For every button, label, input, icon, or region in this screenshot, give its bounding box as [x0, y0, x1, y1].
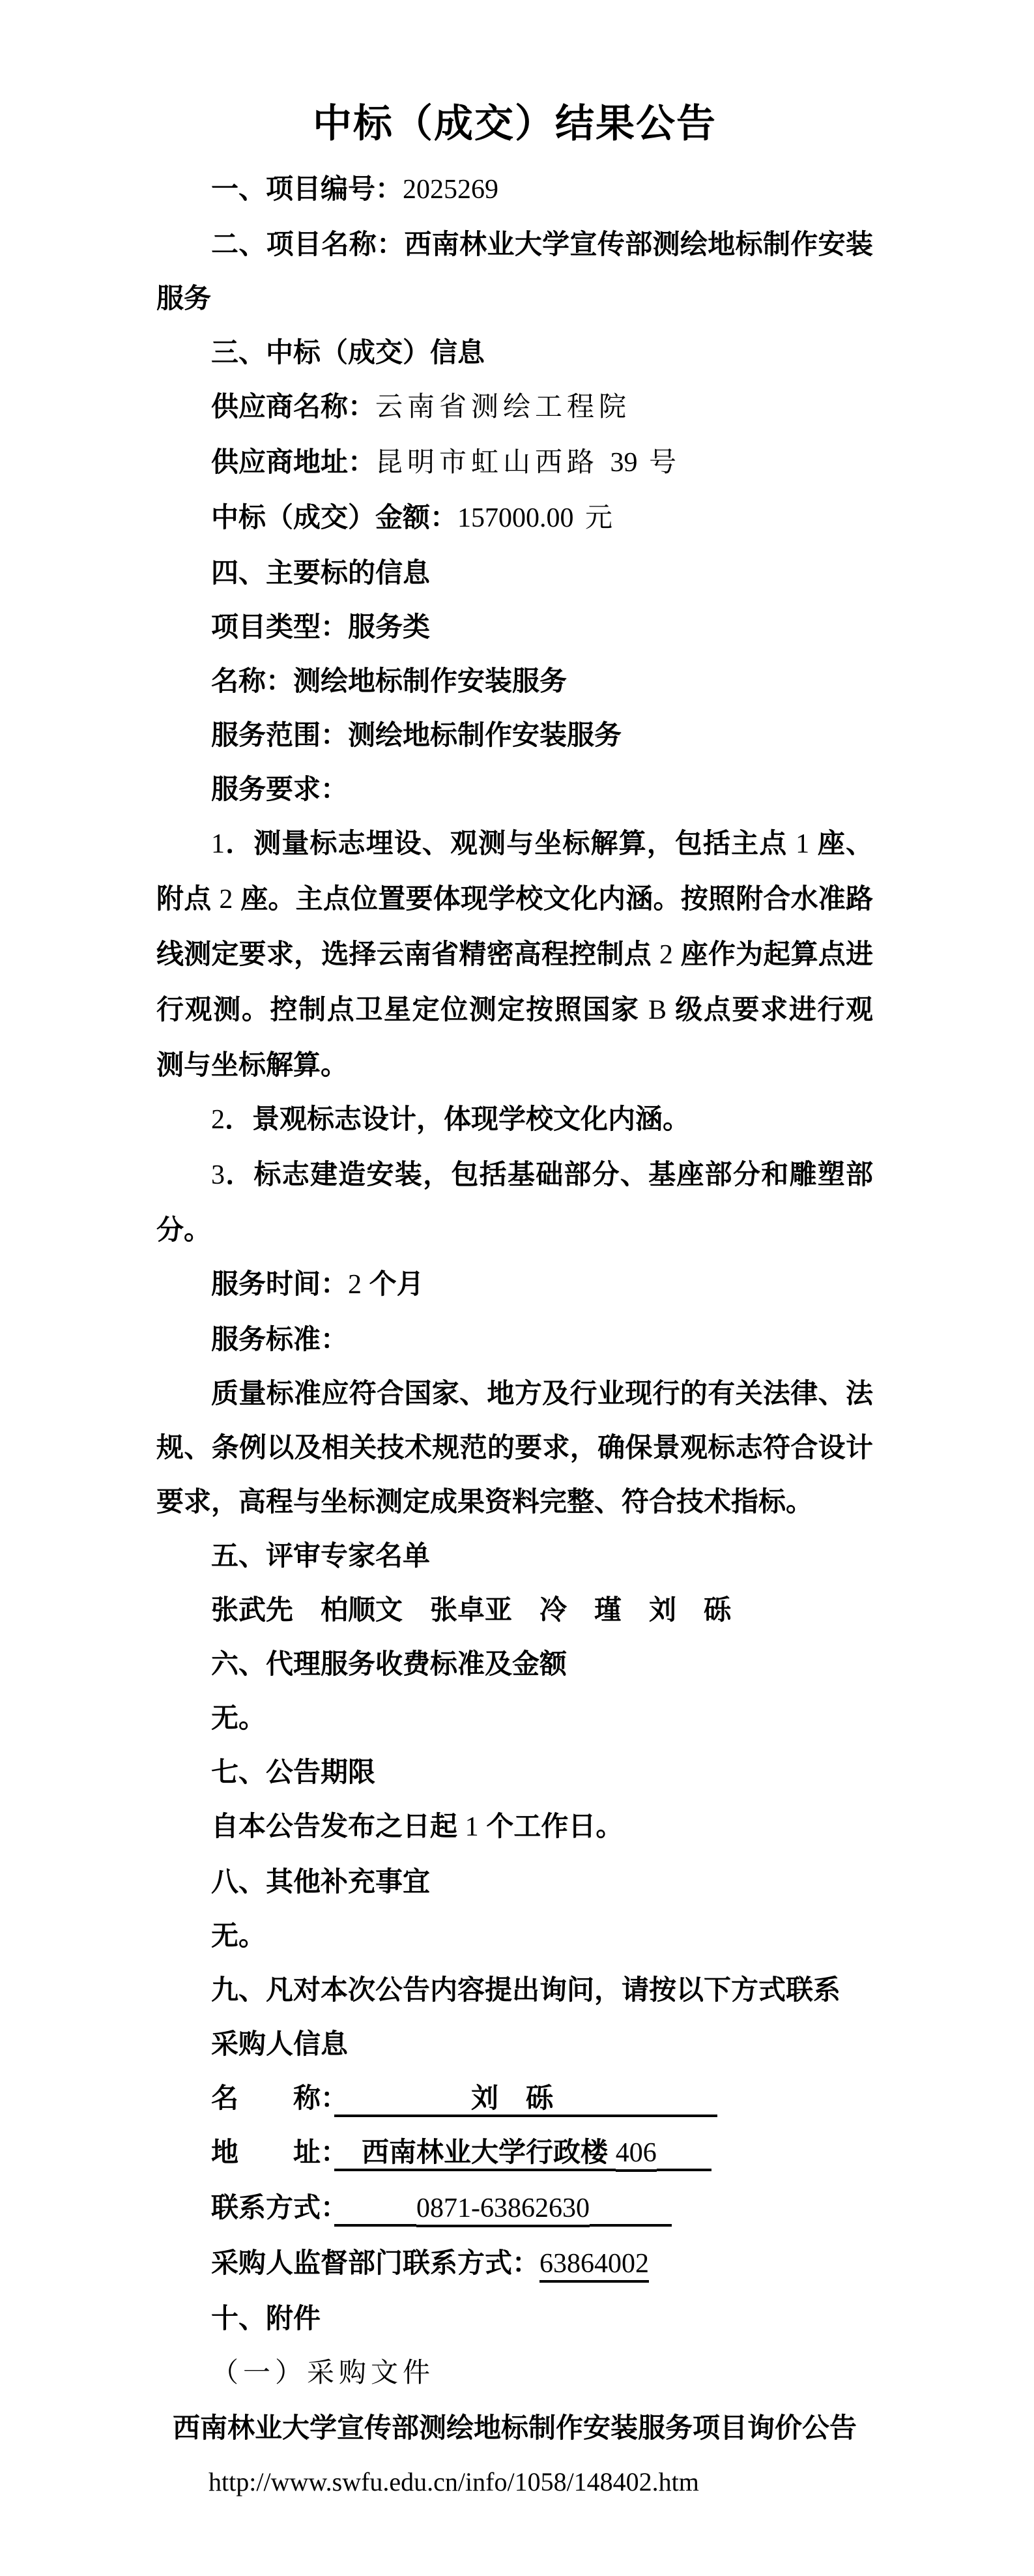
text-segment: 157000.00	[457, 503, 574, 533]
text-segment: 号	[638, 448, 682, 478]
service-scope-line: 服务范围：测绘地标制作安装服务	[156, 708, 873, 762]
service-standard-label: 服务标准：	[156, 1312, 873, 1366]
section-award-info: 三、中标（成交）信息	[156, 325, 873, 379]
text-segment: 2	[348, 1270, 362, 1300]
experts-list-line: 张武先 柏顺文 张卓亚 冷 瑾 刘 砾	[156, 1583, 873, 1637]
requirement-item-1: 1．测量标志埋设、观测与坐标解算，包括主点 1 座、附点 2 座。主点位置要体现…	[156, 816, 873, 1092]
text-segment: 1	[465, 1812, 479, 1842]
text-segment: 无。	[211, 1920, 266, 1951]
section-subject-info: 四、主要标的信息	[156, 546, 873, 600]
text-segment: 供应商名称：	[211, 391, 375, 422]
text-segment	[657, 2137, 711, 2171]
text-segment: 刘 砾	[334, 2083, 717, 2117]
text-segment: 四、主要标的信息	[211, 557, 430, 588]
supervision-phone-field: 采购人监督部门联系方式：63864002	[156, 2236, 873, 2291]
text-segment: 406	[616, 2138, 657, 2172]
text-segment: 六、代理服务收费标准及金额	[211, 1648, 567, 1679]
text-segment: 名 称：	[211, 2083, 334, 2113]
text-segment: 3	[211, 1160, 225, 1190]
text-segment: 质量标准应符合国家、地方及行业现行的有关法律、法规、条例以及相关技术规范的要求，…	[156, 1378, 873, 1517]
page-title: 中标（成交）结果公告	[156, 101, 873, 147]
text-segment: 2025269	[403, 175, 498, 205]
text-segment: 1	[211, 829, 225, 859]
buyer-name-field: 名 称： 刘 砾	[156, 2071, 873, 2125]
text-segment: 采购人监督部门联系方式：	[211, 2247, 539, 2278]
section-notice-period: 七、公告期限	[156, 1745, 873, 1799]
text-segment: B	[648, 995, 667, 1025]
project-type-line: 项目类型：服务类	[156, 600, 873, 654]
text-segment	[334, 2192, 416, 2227]
text-segment: 1	[796, 829, 809, 859]
project-name-line: 二、项目名称：西南林业大学宣传部测绘地标制作安装服务	[156, 217, 873, 325]
project-number-line: 一、项目编号：2025269	[156, 162, 873, 217]
text-segment: ．测量标志埋设、观测与坐标解算，包括主点	[225, 828, 796, 858]
text-segment: 中标（成交）金额：	[211, 502, 457, 533]
text-segment: 采购人信息	[211, 2028, 348, 2059]
other-matters-none: 无。	[156, 1909, 873, 1963]
text-segment: 无。	[211, 1703, 266, 1733]
supplier-name-line: 供应商名称：云南省测绘工程院	[156, 379, 873, 435]
supplier-address-line: 供应商地址：昆明市虹山西路 39 号	[156, 435, 873, 490]
requirement-item-3: 3．标志建造安装，包括基础部分、基座部分和雕塑部分。	[156, 1147, 873, 1257]
text-segment: ．标志建造安装，包括基础部分、基座部分和雕塑部分。	[156, 1159, 873, 1245]
text-segment: 张武先 柏顺文 张卓亚 冷 瑾 刘 砾	[211, 1594, 731, 1625]
text-segment: 西南林业大学行政楼	[334, 2137, 616, 2171]
service-time-line: 服务时间：2 个月	[156, 1257, 873, 1312]
buyer-phone-field: 联系方式： 0871-63862630	[156, 2180, 873, 2236]
text-segment: 服务时间：	[211, 1268, 348, 1299]
text-segment: 二、项目名称：西南林业大学宣传部测绘地标制作安装服务	[156, 229, 873, 314]
text-segment: ．景观标志设计，体现学校文化内涵。	[225, 1104, 690, 1134]
text-segment: 一、项目编号：	[211, 173, 403, 204]
section-other-matters: 八、其他补充事宜	[156, 1854, 873, 1909]
text-segment: 七、公告期限	[211, 1757, 375, 1787]
notice-period-text: 自本公告发布之日起 1 个工作日。	[156, 1799, 873, 1854]
announcement-page: 中标（成交）结果公告 一、项目编号：2025269二、项目名称：西南林业大学宣传…	[0, 0, 1034, 2576]
agency-fee-none: 无。	[156, 1691, 873, 1745]
text-segment: 2	[659, 940, 673, 970]
text-segment: 十、附件	[211, 2303, 321, 2334]
text-segment: 2	[211, 1105, 225, 1135]
text-segment: 三、中标（成交）信息	[211, 337, 485, 368]
text-segment: 供应商地址：	[211, 446, 375, 477]
service-standard-text: 质量标准应符合国家、地方及行业现行的有关法律、法规、条例以及相关技术规范的要求，…	[156, 1366, 873, 1529]
text-segment: 五、评审专家名单	[211, 1540, 430, 1571]
section-inquiry-contact: 九、凡对本次公告内容提出询问，请按以下方式联系	[156, 1963, 873, 2017]
text-segment: 2	[219, 885, 233, 915]
text-segment: 联系方式：	[211, 2192, 334, 2223]
text-segment: 九、凡对本次公告内容提出询问，请按以下方式联系	[211, 1974, 840, 2005]
text-segment: 名称：测绘地标制作安装服务	[211, 666, 567, 696]
text-segment: 服务要求：	[211, 774, 348, 804]
text-segment: 个月	[362, 1268, 424, 1299]
text-segment: 昆明市虹山西路	[375, 448, 610, 478]
document-body: 一、项目编号：2025269二、项目名称：西南林业大学宣传部测绘地标制作安装服务…	[156, 162, 873, 2509]
service-name-line: 名称：测绘地标制作安装服务	[156, 654, 873, 708]
text-segment: 西南林业大学宣传部测绘地标制作安装服务项目询价公告	[173, 2412, 857, 2443]
text-segment	[590, 2192, 672, 2227]
text-segment: 元	[574, 503, 618, 533]
text-segment: 服务标准：	[211, 1324, 348, 1354]
text-segment: 个工作日。	[479, 1811, 624, 1841]
text-segment: 云南省测绘工程院	[375, 392, 631, 422]
section-agency-fee: 六、代理服务收费标准及金额	[156, 1637, 873, 1691]
service-requirements-label: 服务要求：	[156, 762, 873, 816]
requirement-item-2: 2．景观标志设计，体现学校文化内涵。	[156, 1092, 873, 1147]
text-segment: 0871-63862630	[416, 2193, 590, 2227]
section-attachments: 十、附件	[156, 2291, 873, 2345]
text-segment: http://www.swfu.edu.cn/info/1058/148402.…	[208, 2467, 699, 2496]
text-segment: 自本公告发布之日起	[211, 1811, 465, 1841]
text-segment: 八、其他补充事宜	[211, 1866, 430, 1897]
award-amount-line: 中标（成交）金额：157000.00 元	[156, 490, 873, 546]
text-segment: 63864002	[539, 2249, 649, 2283]
text-segment: 地 址：	[211, 2137, 334, 2167]
section-experts: 五、评审专家名单	[156, 1529, 873, 1583]
text-segment: （一）采购文件	[211, 2358, 435, 2388]
attachment-url[interactable]: http://www.swfu.edu.cn/info/1058/148402.…	[156, 2455, 873, 2509]
buyer-info-label: 采购人信息	[156, 2017, 873, 2071]
buyer-address-field: 地 址： 西南林业大学行政楼 406	[156, 2125, 873, 2180]
text-segment: 39	[610, 448, 638, 478]
attachment-item-label: （一）采购文件	[156, 2345, 873, 2401]
attachment-link[interactable]: 西南林业大学宣传部测绘地标制作安装服务项目询价公告	[156, 2401, 873, 2455]
text-segment: 服务范围：测绘地标制作安装服务	[211, 720, 622, 750]
text-segment: 项目类型：服务类	[211, 611, 430, 642]
